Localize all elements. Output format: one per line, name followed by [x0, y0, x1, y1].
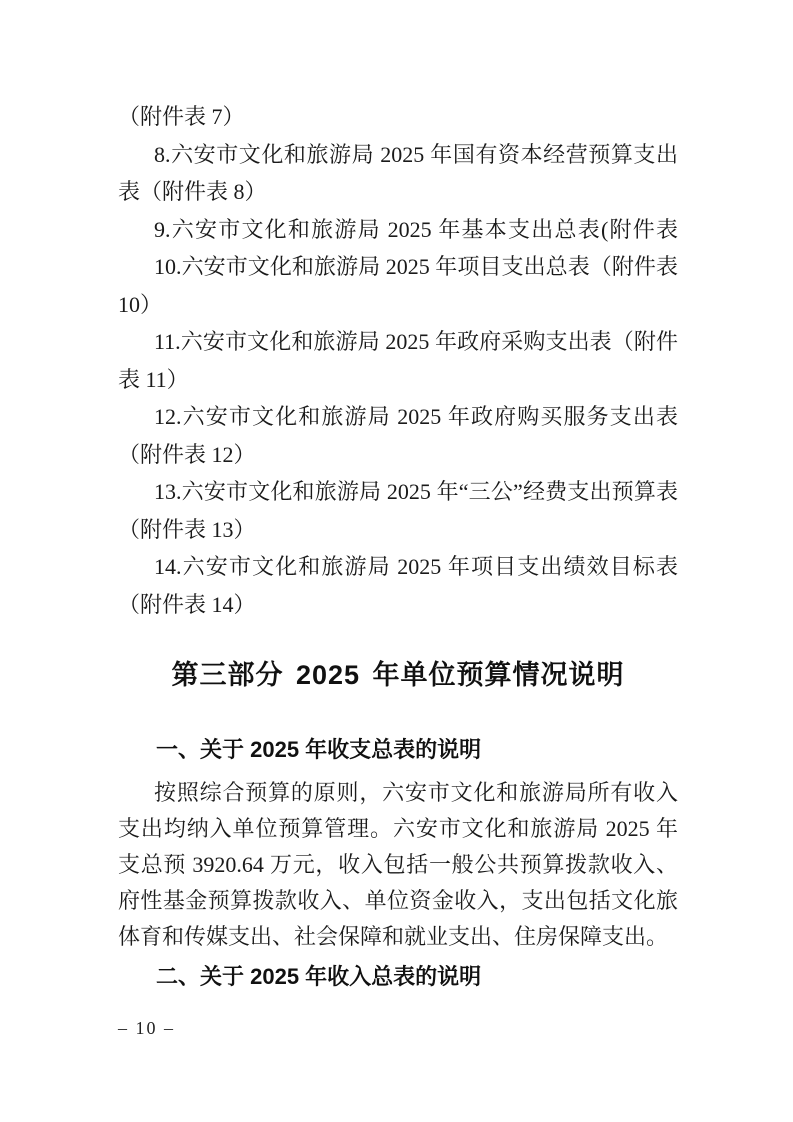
attachment-list-line: （附件表 12）: [118, 436, 678, 474]
subsection-heading-income-expense: 一、关于 2025 年收支总表的说明: [118, 731, 678, 769]
paragraph-line: 支总预 3920.64 万元，收入包括一般公共预算拨款收入、政: [118, 847, 678, 883]
paragraph-line: 按照综合预算的原则，六安市文化和旅游局所有收入和: [118, 775, 678, 811]
attachment-list-line: 12.六安市文化和旅游局 2025 年政府购买服务支出表: [118, 398, 678, 436]
document-page: （附件表 7） 8.六安市文化和旅游局 2025 年国有资本经营预算支出 表（附…: [0, 0, 793, 1122]
attachment-list-line: （附件表 14）: [118, 586, 678, 624]
attachment-list-line: 14.六安市文化和旅游局 2025 年项目支出绩效目标表: [118, 548, 678, 586]
attachment-list-line: 11.六安市文化和旅游局 2025 年政府采购支出表（附件: [118, 323, 678, 361]
attachment-list-line: 9.六安市文化和旅游局 2025 年基本支出总表(附件表 9）: [118, 211, 678, 249]
subsection-heading-income: 二、关于 2025 年收入总表的说明: [118, 958, 678, 996]
attachment-list-line: 表（附件表 8）: [118, 173, 678, 211]
document-content: （附件表 7） 8.六安市文化和旅游局 2025 年国有资本经营预算支出 表（附…: [118, 98, 678, 996]
paragraph: 按照综合预算的原则，六安市文化和旅游局所有收入和 支出均纳入单位预算管理。六安市…: [118, 775, 678, 955]
paragraph-line: 支出均纳入单位预算管理。六安市文化和旅游局 2025 年收: [118, 811, 678, 847]
attachment-list-line: 13.六安市文化和旅游局 2025 年“三公”经费支出预算表: [118, 473, 678, 511]
attachment-list-line: 8.六安市文化和旅游局 2025 年国有资本经营预算支出: [118, 136, 678, 174]
attachment-list-line: 10）: [118, 286, 678, 324]
paragraph-line: 体育和传媒支出、社会保障和就业支出、住房保障支出。: [118, 919, 678, 955]
section-title: 第三部分 2025 年单位预算情况说明: [118, 653, 678, 697]
attachment-list-line: （附件表 13）: [118, 511, 678, 549]
attachment-list-line: 10.六安市文化和旅游局 2025 年项目支出总表（附件表: [118, 248, 678, 286]
page-number: – 10 –: [118, 1014, 175, 1042]
attachment-list-line: （附件表 7）: [118, 98, 678, 136]
attachment-list-line: 表 11）: [118, 361, 678, 399]
paragraph-line: 府性基金预算拨款收入、单位资金收入，支出包括文化旅游: [118, 883, 678, 919]
